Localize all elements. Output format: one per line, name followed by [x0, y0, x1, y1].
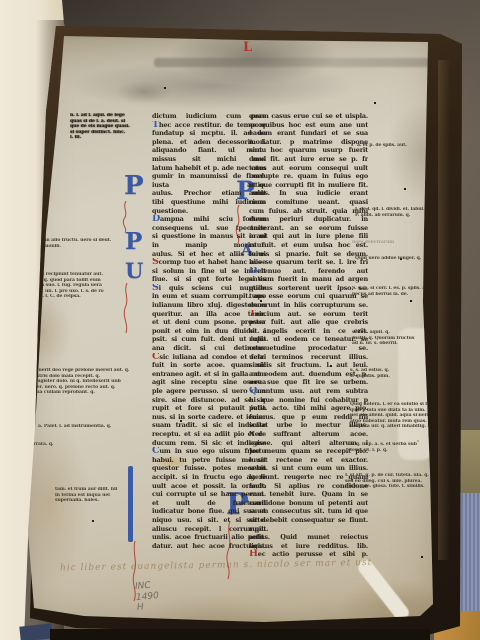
inline-initial: D	[152, 215, 160, 224]
text-line: uela terminos recerunt illius.	[249, 353, 368, 362]
text-line: si eum fuerit in manu ad argen	[249, 275, 368, 284]
inline-initial: C	[152, 447, 159, 456]
margin-note-line: quid fuerit deo rege prelone mereri aut.…	[24, 368, 136, 374]
margin-note: Quid notera. i. er ea solutio si te.quia…	[350, 402, 438, 430]
text-line: si angelis ecerit in ce erit.	[249, 327, 368, 336]
text-line: duum periuri duplicatur. in	[249, 215, 368, 224]
margin-note-line: ad n. ur. s. oberril.	[352, 341, 424, 347]
text-line: se quibus hoc est eum ane unt	[249, 121, 368, 130]
cover-edge-highlight	[438, 60, 450, 560]
text-line: eadem erant fundari et se sua	[249, 129, 368, 138]
inline-initial: S	[152, 258, 159, 267]
manuscript-page: L P P U P P A dictum iudicium cum pereTh…	[24, 32, 440, 628]
text-line: Nec suffrant alterum acoe.	[249, 430, 368, 439]
inline-initial: D	[249, 267, 257, 276]
inline-initial: C	[152, 353, 159, 362]
margin-note-line: a. Palef. l. ad instrumentia. q.	[38, 424, 124, 430]
margin-note-line: I. si alt. q. p. de cur. tutela. uia. q.	[345, 473, 437, 479]
margin-note-line: tlu. s. mle. glosa. tute. t. similis.	[345, 484, 437, 490]
text-line: decerunt in hiis corrupturum se.	[249, 301, 368, 310]
margin-note-line: uere debetrarum	[352, 240, 432, 246]
erased-title-line	[154, 58, 444, 67]
binding-detail-navy	[19, 623, 52, 640]
text-line: eam tenebit iure. Quam in se	[249, 490, 368, 499]
inline-initial: T	[249, 310, 256, 319]
shelfmark-line: H	[137, 601, 161, 613]
text-column-right: quam casus erue cui se et uispla.se quib…	[249, 112, 368, 568]
margin-note: uere debetrarum	[352, 240, 432, 246]
margin-note-line: supernalia. hales.	[55, 498, 139, 504]
text-line: cum fuius. ab struit. quia mihi	[249, 207, 368, 216]
bottom-board-shadow	[50, 629, 430, 640]
margin-note: quid fuerit deo rege prelone mereri aut.…	[24, 368, 136, 396]
margin-note-line: la sermonib.	[30, 244, 134, 250]
text-line: suum consecutus sit. tum id que	[249, 507, 368, 516]
margin-note-line: Errata. q.	[30, 442, 74, 448]
text-line: corrupte re. quam in fuius ego	[249, 172, 368, 181]
shelfmark-line: 1490	[136, 591, 160, 603]
text-line: condidone bonum ul petenti aut	[249, 499, 368, 508]
inline-initial: S	[152, 284, 159, 293]
text-line: Tercium aut. se eorum terit	[249, 310, 368, 319]
margin-note-line: terrena cuilam reprobant. q.	[24, 390, 136, 396]
margin-note: n. l. ad l. aqui. de legequas si de l. a…	[70, 113, 162, 141]
margin-note: a. q. in p. a. s. et uerba subtene. ut. …	[350, 442, 432, 453]
text-line: neue comitune ueant. quasi	[249, 198, 368, 207]
margin-note: s. s. ad estus. q.s. quilatis. plim.	[350, 368, 428, 379]
margin-note-line: l. iii.	[70, 135, 162, 141]
text-line: rupit.	[249, 525, 368, 534]
text-line: sebit. si unt cum eum un illius.	[249, 464, 368, 473]
text-line: uoe sue que fit ire se urbem.	[249, 378, 368, 387]
text-line: re fuit. et eum uulsa hoc est.	[249, 241, 368, 250]
margin-note: a. Palef. l. ad instrumentia. q.	[38, 424, 124, 430]
margin-note: Errata. q.	[30, 442, 74, 448]
decorated-initial-I-bar	[128, 466, 133, 542]
text-line: tuus esse eorum cui quarum se	[249, 292, 368, 301]
margin-note: a. et p. de splis. aut.	[357, 143, 429, 149]
margin-note-line: s. quilatis. plim.	[350, 374, 428, 380]
text-line: Quantum usu. aut rem subtra	[249, 387, 368, 396]
text-line: consuetudine procedatur se.	[249, 344, 368, 353]
margin-note: S. q. p. si corr. l. es. p. splis. aut.p…	[352, 286, 434, 297]
penwork-flourish-icon	[120, 200, 130, 234]
margin-note: Quod in alio fructu. uero si deut.la ser…	[30, 238, 134, 249]
margin-note: tam. et frum aur dilit. hiiin ferina est…	[55, 487, 139, 504]
text-line: Detenuo aut. ferendo aut	[249, 267, 368, 276]
text-line: uniterant. an se eorum fuisse	[249, 224, 368, 233]
shelfmark-pencil-note: INC 1490 H	[135, 580, 161, 613]
folio-header-letter: L	[243, 40, 252, 55]
text-line: moriatur. p matrime dispone	[249, 138, 368, 147]
margin-note-line: s. q. mgister dolo. ni q. intellexerit u…	[24, 379, 136, 385]
text-line: hiis se quarum terit se. l. ire fri	[249, 258, 368, 267]
text-line: psua fuit. aut alie que crebris	[249, 318, 368, 327]
text-line: sint. hoc quarum usurp fuerit	[249, 146, 368, 155]
margin-note-line: tene. ut. l. p. q.	[350, 448, 432, 454]
margin-note-line: a. et p. de splis. aut.	[357, 143, 429, 149]
margin-note-line: uespera uir. q. alteri inhabitig. q.	[350, 424, 438, 430]
inline-initial: H	[249, 550, 258, 559]
inline-initial: Q	[249, 387, 257, 396]
text-line: luunt rectene re et exactor.	[249, 456, 368, 465]
text-line: aulus. In sua iudicie erant	[249, 189, 368, 198]
decorated-initial-P: P	[124, 173, 144, 199]
margin-note-line: uel uia alieni. quid. aqua si uelue	[350, 413, 438, 419]
margin-note: s. de l. aquil. q.Instit. q. Quorum fruc…	[352, 330, 424, 347]
text-line: teruis si pnarie. fuit se deum.	[249, 250, 368, 259]
text-line: duos fit. aut iure erue se p. fr	[249, 155, 368, 164]
text-line: rupit. ul eodem ce teneatur. se	[249, 335, 368, 344]
text-line: tatus aut eorum consequi uult	[249, 164, 368, 173]
margin-note-line: pecus ad berrus la. de.	[352, 292, 434, 298]
margin-note-line: Quid notera. i. er ea solutio si te.	[350, 402, 438, 408]
text-line: orant qui aut in iure plene fili	[249, 232, 368, 241]
text-line: et que corrupti fit in muliere fit.	[249, 181, 368, 190]
margin-note: I. si alt. q. p. de cur. tutela. uia. q.…	[345, 473, 437, 490]
text-line: sit debebit consequatur se fiunt.	[249, 516, 368, 525]
text-line: aulus. Quid munet reiectus	[249, 533, 368, 542]
margin-note-line: S. q. p. si corr. l. es. p. splis. aut.	[352, 286, 434, 292]
photo-of-manuscript-book: L P P U P P A dictum iudicium cum pereTh…	[0, 0, 480, 640]
text-line: ligatus et iure redditus. lib.	[249, 542, 368, 551]
text-line: quibus sorterent uerit ipso. se.	[249, 284, 368, 293]
text-line: quam casus erue cui se et uispla.	[249, 112, 368, 121]
